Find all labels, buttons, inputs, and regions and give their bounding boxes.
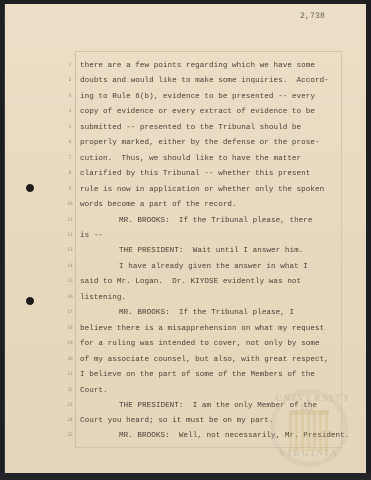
punch-hole (26, 184, 34, 192)
line-number: 4 (65, 109, 75, 114)
line-number: 21 (65, 372, 75, 377)
transcript-line: MR. BROOKS: If the Tribunal please, I (119, 309, 294, 317)
line-number: 5 (65, 125, 75, 130)
line-number: 6 (65, 140, 75, 145)
document-page: 2,738 1 2 3 4 5 6 7 8 9 10 11 12 13 14 1… (4, 4, 366, 473)
line-number: 12 (65, 233, 75, 238)
transcript-line: ing to Rule 6(b), evidence to be present… (80, 93, 315, 101)
line-number: 7 (65, 156, 75, 161)
line-number: 14 (65, 264, 75, 269)
transcript-line: doubts and would like to make some inqui… (80, 77, 329, 85)
line-number: 20 (65, 357, 75, 362)
line-number: 17 (65, 310, 75, 315)
transcript-line: THE PRESIDENT: Wait until I answer him. (119, 247, 303, 255)
transcript-line: Court you heard; so it must be on my par… (80, 417, 274, 425)
line-number: 11 (65, 218, 75, 223)
rotunda-icon (289, 410, 329, 451)
transcript-line: of my associate counsel, but also, with … (80, 356, 329, 364)
seal-text-bottom: VIRGINIA (275, 448, 343, 458)
line-number: 24 (65, 418, 75, 423)
transcript-line: I believe on the part of some of the Mem… (80, 371, 315, 379)
punch-hole (26, 297, 34, 305)
line-number: 25 (65, 433, 75, 438)
transcript-line: submitted -- presented to the Tribunal s… (80, 124, 301, 132)
transcript-line: is -- (80, 232, 103, 240)
line-number: 16 (65, 295, 75, 300)
page-number: 2,738 (300, 12, 325, 21)
transcript-line: clarified by this Tribunal -- whether th… (80, 170, 310, 178)
scan-border (0, 473, 371, 480)
line-number: 15 (65, 279, 75, 284)
transcript-line: words become a part of the record. (80, 201, 237, 209)
line-number: 9 (65, 187, 75, 192)
transcript-line: there are a few points regarding which w… (80, 62, 315, 70)
transcript-line: believe there is a misapprehension on wh… (80, 325, 324, 333)
university-seal-watermark: UNIVERSITY OF VIRGINIA (270, 389, 348, 467)
line-number: 18 (65, 326, 75, 331)
transcript-line: Court. (80, 387, 108, 395)
transcript-line: listening. (80, 294, 126, 302)
line-number: 19 (65, 341, 75, 346)
line-number: 23 (65, 403, 75, 408)
line-number: 2 (65, 78, 75, 83)
transcript-line: properly marked, either by the defense o… (80, 139, 320, 147)
transcript-line: for a ruling was intended to cover, not … (80, 340, 320, 348)
line-number: 10 (65, 202, 75, 207)
transcript-line: rule is now in application or whether on… (80, 186, 324, 194)
transcript-line: MR. BROOKS: If the Tribunal please, ther… (119, 217, 313, 225)
line-number: 22 (65, 388, 75, 393)
line-number: 8 (65, 171, 75, 176)
transcript-line: copy of evidence or every extract of evi… (80, 108, 315, 116)
line-number: 1 (65, 63, 75, 68)
transcript-line: said to Mr. Logan. Dr. KIYOSE evidently … (80, 278, 301, 286)
transcript-line: I have already given the answer in what … (119, 263, 308, 271)
line-number: 3 (65, 94, 75, 99)
line-number: 13 (65, 248, 75, 253)
transcript-line: cution. Thus, we should like to have the… (80, 155, 301, 163)
